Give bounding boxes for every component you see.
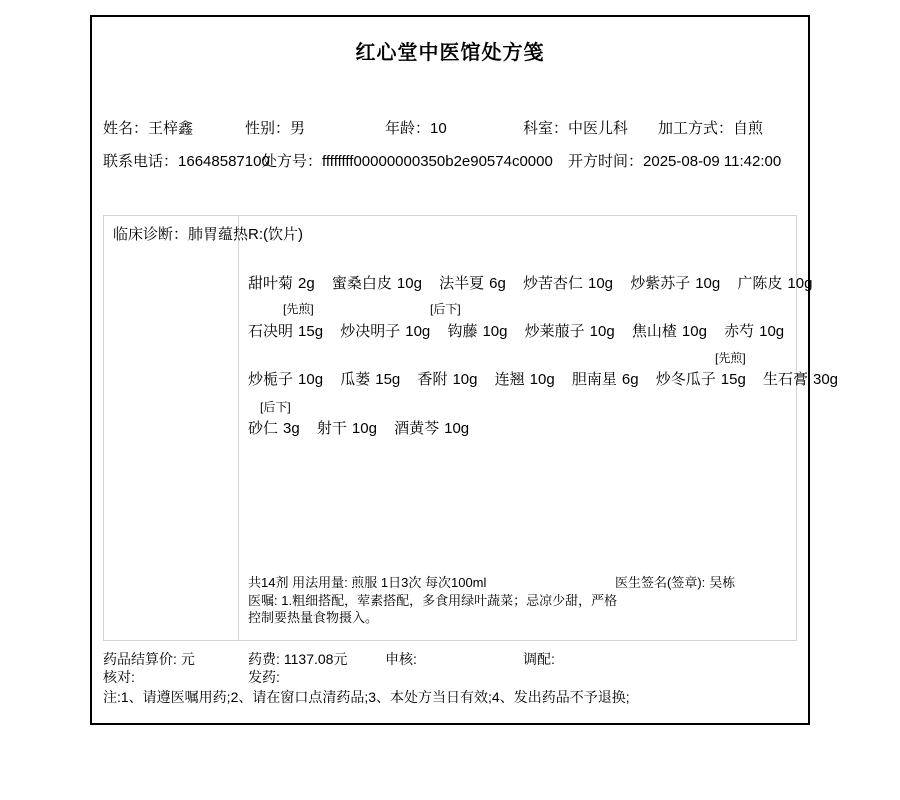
herb-item: 胆南星6g <box>572 371 639 388</box>
herb-item: 炒栀子10g <box>248 371 323 388</box>
herb-name: 钩藤 <box>447 323 477 340</box>
herb-item: 砂仁3g <box>248 420 300 437</box>
patient-department-label: 科室： <box>523 120 568 137</box>
herb-name: 砂仁 <box>248 420 278 437</box>
herb-dose: 10g <box>482 323 507 340</box>
decoction-annotation: [后下] <box>430 302 461 316</box>
herb-dose: 2g <box>298 275 315 292</box>
dosage-summary: 共14剂 用法用量: 煎服 1日3次 每次100ml <box>248 575 486 590</box>
herb-item: 生石膏30g <box>763 371 838 388</box>
herb-dose: 30g <box>813 371 838 388</box>
herb-name: 射干 <box>317 420 347 437</box>
rx-number-field: 处方号：ffffffff00000000350b2e90574c0000 <box>262 153 553 170</box>
herb-name: 炒莱菔子 <box>525 323 585 340</box>
herb-name: 赤芍 <box>724 323 754 340</box>
review-field: 申核: <box>385 651 421 667</box>
herb-dose: 15g <box>721 371 746 388</box>
herb-dose: 15g <box>375 371 400 388</box>
herb-item: 法半夏6g <box>439 275 506 292</box>
herb-item: 酒黄芩10g <box>394 420 469 437</box>
rx-number-label: 处方号： <box>262 153 322 170</box>
herb-dose: 3g <box>283 420 300 437</box>
patient-department-value: 中医儿科 <box>568 120 628 137</box>
dispense-label: 发药: <box>248 669 280 685</box>
herb-line-4: 砂仁3g 射干10g 酒黄芩10g <box>248 420 482 437</box>
herb-item: 广陈皮10g <box>737 275 812 292</box>
herb-item: 炒紫苏子10g <box>630 275 720 292</box>
herb-name: 酒黄芩 <box>394 420 439 437</box>
herb-item: 焦山楂10g <box>632 323 707 340</box>
herb-dose: 10g <box>397 275 422 292</box>
doctor-signature-value: 吴栋 <box>709 575 735 590</box>
doctor-signature-field: 医生签名(签章):吴栋 <box>615 575 735 590</box>
issue-time-label: 开方时间： <box>568 153 643 170</box>
herb-dose: 10g <box>298 371 323 388</box>
issue-time-value: 2025-08-09 11:42:00 <box>643 153 781 170</box>
herb-dose: 10g <box>444 420 469 437</box>
review-label: 申核: <box>385 651 417 667</box>
processing-method-value: 自煎 <box>733 120 763 137</box>
clinical-diagnosis-value: 肺胃蕴热 <box>188 226 248 243</box>
herb-name: 法半夏 <box>439 275 484 292</box>
settle-price-label: 药品结算价: <box>103 651 177 667</box>
issue-time-field: 开方时间：2025-08-09 11:42:00 <box>568 153 781 170</box>
patient-phone-value: 16648587100 <box>178 153 270 170</box>
herb-item: 瓜蒌15g <box>340 371 400 388</box>
decoction-annotation: [先煎] <box>715 351 746 365</box>
herb-item: 甜叶菊2g <box>248 275 315 292</box>
herb-item: 炒苦杏仁10g <box>523 275 613 292</box>
check-label: 核对: <box>103 669 135 685</box>
herb-dose: 10g <box>530 371 555 388</box>
patient-age-label: 年龄： <box>385 120 430 137</box>
herb-line-2: 石决明15g 炒决明子10g 钩藤10g 炒莱菔子10g 焦山楂10g 赤芍10… <box>248 323 797 340</box>
herb-item: 炒莱菔子10g <box>525 323 615 340</box>
herb-dose: 10g <box>405 323 430 340</box>
herb-item: 石决明15g <box>248 323 323 340</box>
herb-item: 香附10g <box>417 371 477 388</box>
patient-gender-label: 性别： <box>245 120 290 137</box>
herb-name: 胆南星 <box>572 371 617 388</box>
herb-name: 瓜蒌 <box>340 371 370 388</box>
diagnosis-column-divider <box>238 216 239 640</box>
processing-method-field: 加工方式：自煎 <box>658 120 763 137</box>
herb-item: 赤芍10g <box>724 323 784 340</box>
herb-item: 连翘10g <box>495 371 555 388</box>
medical-advice-line: 医嘱: 1.粗细搭配，荤素搭配，多食用绿叶蔬菜；忌凉少甜，严格 <box>248 593 617 608</box>
herb-line-3: 炒栀子10g 瓜蒌15g 香附10g 连翘10g 胆南星6g 炒冬瓜子15g 生… <box>248 371 851 388</box>
page-title: 红心堂中医馆处方笺 <box>90 36 810 65</box>
patient-age-field: 年龄：10 <box>385 120 447 137</box>
herb-item: 射干10g <box>317 420 377 437</box>
doctor-signature-label: 医生签名(签章): <box>615 575 705 590</box>
rx-number-value: ffffffff00000000350b2e90574c0000 <box>322 153 553 170</box>
processing-method-label: 加工方式： <box>658 120 733 137</box>
herb-name: 连翘 <box>495 371 525 388</box>
herb-dose: 6g <box>622 371 639 388</box>
herb-name: 蜜桑白皮 <box>332 275 392 292</box>
herb-name: 甜叶菊 <box>248 275 293 292</box>
patient-phone-field: 联系电话：16648587100 <box>103 153 270 170</box>
prepare-field: 调配: <box>523 651 559 667</box>
herb-name: 炒决明子 <box>340 323 400 340</box>
patient-gender-field: 性别：男 <box>245 120 305 137</box>
prepare-label: 调配: <box>523 651 555 667</box>
check-field: 核对: <box>103 669 139 685</box>
footer-note: 注:1、请遵医嘱用药;2、请在窗口点清药品;3、本处方当日有效;4、发出药品不予… <box>103 689 630 705</box>
fee-field: 药费:1137.08元 <box>248 651 347 667</box>
herb-name: 香附 <box>417 371 447 388</box>
dispense-field: 发药: <box>248 669 284 685</box>
herb-dose: 10g <box>787 275 812 292</box>
herb-name: 焦山楂 <box>632 323 677 340</box>
clinical-diagnosis-field: 临床诊断：肺胃蕴热 <box>113 226 248 243</box>
patient-name-value: 王梓鑫 <box>148 120 193 137</box>
herb-dose: 10g <box>352 420 377 437</box>
settle-price-value: 元 <box>181 651 195 667</box>
patient-phone-label: 联系电话： <box>103 153 178 170</box>
herb-name: 生石膏 <box>763 371 808 388</box>
herb-name: 炒苦杏仁 <box>523 275 583 292</box>
patient-gender-value: 男 <box>290 120 305 137</box>
herb-dose: 6g <box>489 275 506 292</box>
herb-dose: 10g <box>759 323 784 340</box>
decoction-annotation: [后下] <box>260 400 291 414</box>
rx-header: R:(饮片) <box>248 226 303 243</box>
patient-department-field: 科室：中医儿科 <box>523 120 628 137</box>
decoction-annotation: [先煎] <box>283 302 314 316</box>
herb-name: 石决明 <box>248 323 293 340</box>
patient-name-field: 姓名：王梓鑫 <box>103 120 193 137</box>
herb-name: 广陈皮 <box>737 275 782 292</box>
herb-line-1: 甜叶菊2g 蜜桑白皮10g 法半夏6g 炒苦杏仁10g 炒紫苏子10g 广陈皮1… <box>248 275 825 292</box>
herb-name: 炒栀子 <box>248 371 293 388</box>
settle-price-field: 药品结算价:元 <box>103 651 195 667</box>
herb-item: 钩藤10g <box>447 323 507 340</box>
herb-item: 蜜桑白皮10g <box>332 275 422 292</box>
herb-name: 炒紫苏子 <box>630 275 690 292</box>
herb-dose: 10g <box>588 275 613 292</box>
fee-label: 药费: <box>248 651 280 667</box>
clinical-diagnosis-label: 临床诊断： <box>113 226 188 243</box>
herb-dose: 15g <box>298 323 323 340</box>
herb-item: 炒冬瓜子15g <box>656 371 746 388</box>
patient-age-value: 10 <box>430 120 447 137</box>
herb-name: 炒冬瓜子 <box>656 371 716 388</box>
herb-dose: 10g <box>695 275 720 292</box>
patient-name-label: 姓名： <box>103 120 148 137</box>
prescription-sheet: 红心堂中医馆处方笺 姓名：王梓鑫 性别：男 年龄：10 科室：中医儿科 加工方式… <box>0 0 900 800</box>
herb-item: 炒决明子10g <box>340 323 430 340</box>
medical-advice-line: 控制要热量食物摄入。 <box>248 610 378 625</box>
fee-value: 1137.08元 <box>284 651 348 667</box>
herb-dose: 10g <box>590 323 615 340</box>
herb-dose: 10g <box>682 323 707 340</box>
herb-dose: 10g <box>452 371 477 388</box>
